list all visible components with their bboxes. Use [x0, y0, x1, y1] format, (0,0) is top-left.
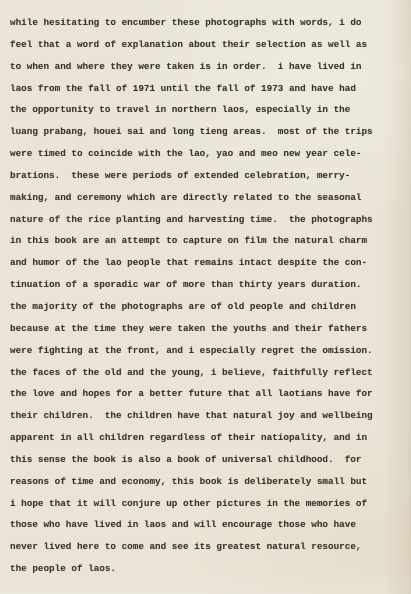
text-line: brations. these were periods of extended… — [10, 165, 403, 187]
typed-text-block: while hesitating to encumber these photo… — [10, 12, 403, 580]
text-line: luang prabang, houei sai and long tieng … — [10, 121, 403, 143]
text-line: those who have lived in laos and will en… — [10, 514, 403, 536]
text-line: the majority of the photographs are of o… — [10, 296, 403, 318]
text-line: because at the time they were taken the … — [10, 318, 403, 340]
text-line: were fighting at the front, and i especi… — [10, 340, 403, 362]
text-line: tinuation of a sporadic war of more than… — [10, 274, 403, 296]
text-line: the faces of the old and the young, i be… — [10, 362, 403, 384]
text-line: laos from the fall of 1971 until the fal… — [10, 78, 403, 100]
text-line: the people of laos. — [10, 558, 403, 580]
text-line: feel that a word of explanation about th… — [10, 34, 403, 56]
text-line: the opportunity to travel in northern la… — [10, 99, 403, 121]
text-line: apparent in all children regardless of t… — [10, 427, 403, 449]
text-line: nature of the rice planting and harvesti… — [10, 209, 403, 231]
text-line: to when and where they were taken is in … — [10, 56, 403, 78]
text-line: in this book are an attempt to capture o… — [10, 230, 403, 252]
text-line: reasons of time and economy, this book i… — [10, 471, 403, 493]
text-line: the love and hopes for a better future t… — [10, 383, 403, 405]
text-line: making, and ceremony which are directly … — [10, 187, 403, 209]
book-page: while hesitating to encumber these photo… — [0, 0, 411, 594]
text-line: were timed to coincide with the lao, yao… — [10, 143, 403, 165]
text-line: this sense the book is also a book of un… — [10, 449, 403, 471]
text-line: and humor of the lao people that remains… — [10, 252, 403, 274]
text-line: never lived here to come and see its gre… — [10, 536, 403, 558]
text-line: i hope that it will conjure up other pic… — [10, 493, 403, 515]
text-line: their children. the children have that n… — [10, 405, 403, 427]
text-line: while hesitating to encumber these photo… — [10, 12, 403, 34]
